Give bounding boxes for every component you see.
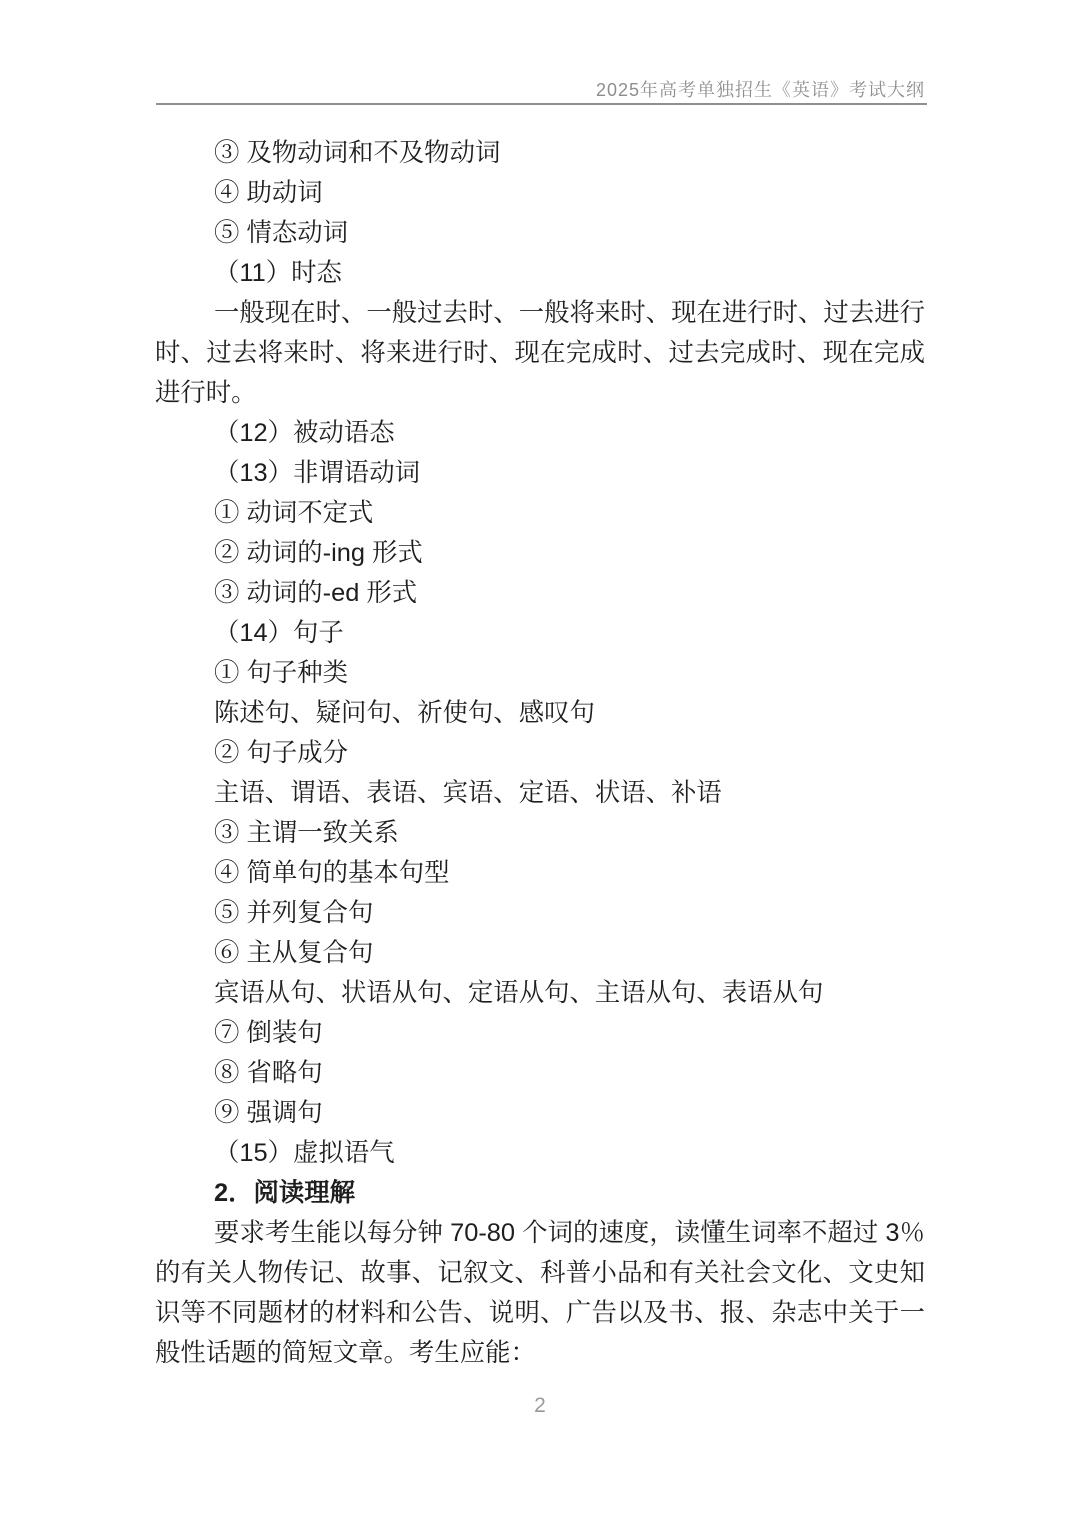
page-number: 2 xyxy=(534,1394,546,1417)
list-item-line: （13）非谓语动词 xyxy=(155,453,925,493)
list-item-line: ② 句子成分 xyxy=(155,733,925,773)
header-rule xyxy=(156,103,927,105)
list-item-line: ③ 及物动词和不及物动词 xyxy=(155,133,925,173)
list-item-line: ③ 动词的-ed 形式 xyxy=(155,573,925,613)
list-item-line: （14）句子 xyxy=(155,613,925,653)
list-item-line: ④ 简单句的基本句型 xyxy=(155,853,925,893)
paragraph: 一般现在时、一般过去时、一般将来时、现在进行时、过去进行时、过去将来时、将来进行… xyxy=(155,293,925,413)
list-item-line: ② 动词的-ing 形式 xyxy=(155,533,925,573)
list-item-line: ⑥ 主从复合句 xyxy=(155,933,925,973)
document-page: 2025年高考单独招生《英语》考试大纲 ③ 及物动词和不及物动词④ 助动词⑤ 情… xyxy=(0,0,1080,1527)
list-item-line: ① 动词不定式 xyxy=(155,493,925,533)
paragraph: 要求考生能以每分钟 70-80 个词的速度，读懂生词率不超过 3％的有关人物传记… xyxy=(155,1213,925,1373)
section-heading: 2．阅读理解 xyxy=(155,1173,925,1213)
list-item-line: 主语、谓语、表语、宾语、定语、状语、补语 xyxy=(155,773,925,813)
list-item-line: （12）被动语态 xyxy=(155,413,925,453)
list-item-line: 陈述句、疑问句、祈使句、感叹句 xyxy=(155,693,925,733)
list-item-line: ⑨ 强调句 xyxy=(155,1093,925,1133)
list-item-line: ⑧ 省略句 xyxy=(155,1053,925,1093)
list-item-line: ⑦ 倒装句 xyxy=(155,1013,925,1053)
document-body: ③ 及物动词和不及物动词④ 助动词⑤ 情态动词（11）时态一般现在时、一般过去时… xyxy=(155,133,925,1373)
list-item-line: ③ 主谓一致关系 xyxy=(155,813,925,853)
list-item-line: ④ 助动词 xyxy=(155,173,925,213)
list-item-line: （15）虚拟语气 xyxy=(155,1133,925,1173)
list-item-line: 宾语从句、状语从句、定语从句、主语从句、表语从句 xyxy=(155,973,925,1013)
header-title: 2025年高考单独招生《英语》考试大纲 xyxy=(596,76,925,102)
list-item-line: （11）时态 xyxy=(155,253,925,293)
list-item-line: ① 句子种类 xyxy=(155,653,925,693)
list-item-line: ⑤ 并列复合句 xyxy=(155,893,925,933)
list-item-line: ⑤ 情态动词 xyxy=(155,213,925,253)
page-footer: 2 xyxy=(0,1394,1080,1418)
